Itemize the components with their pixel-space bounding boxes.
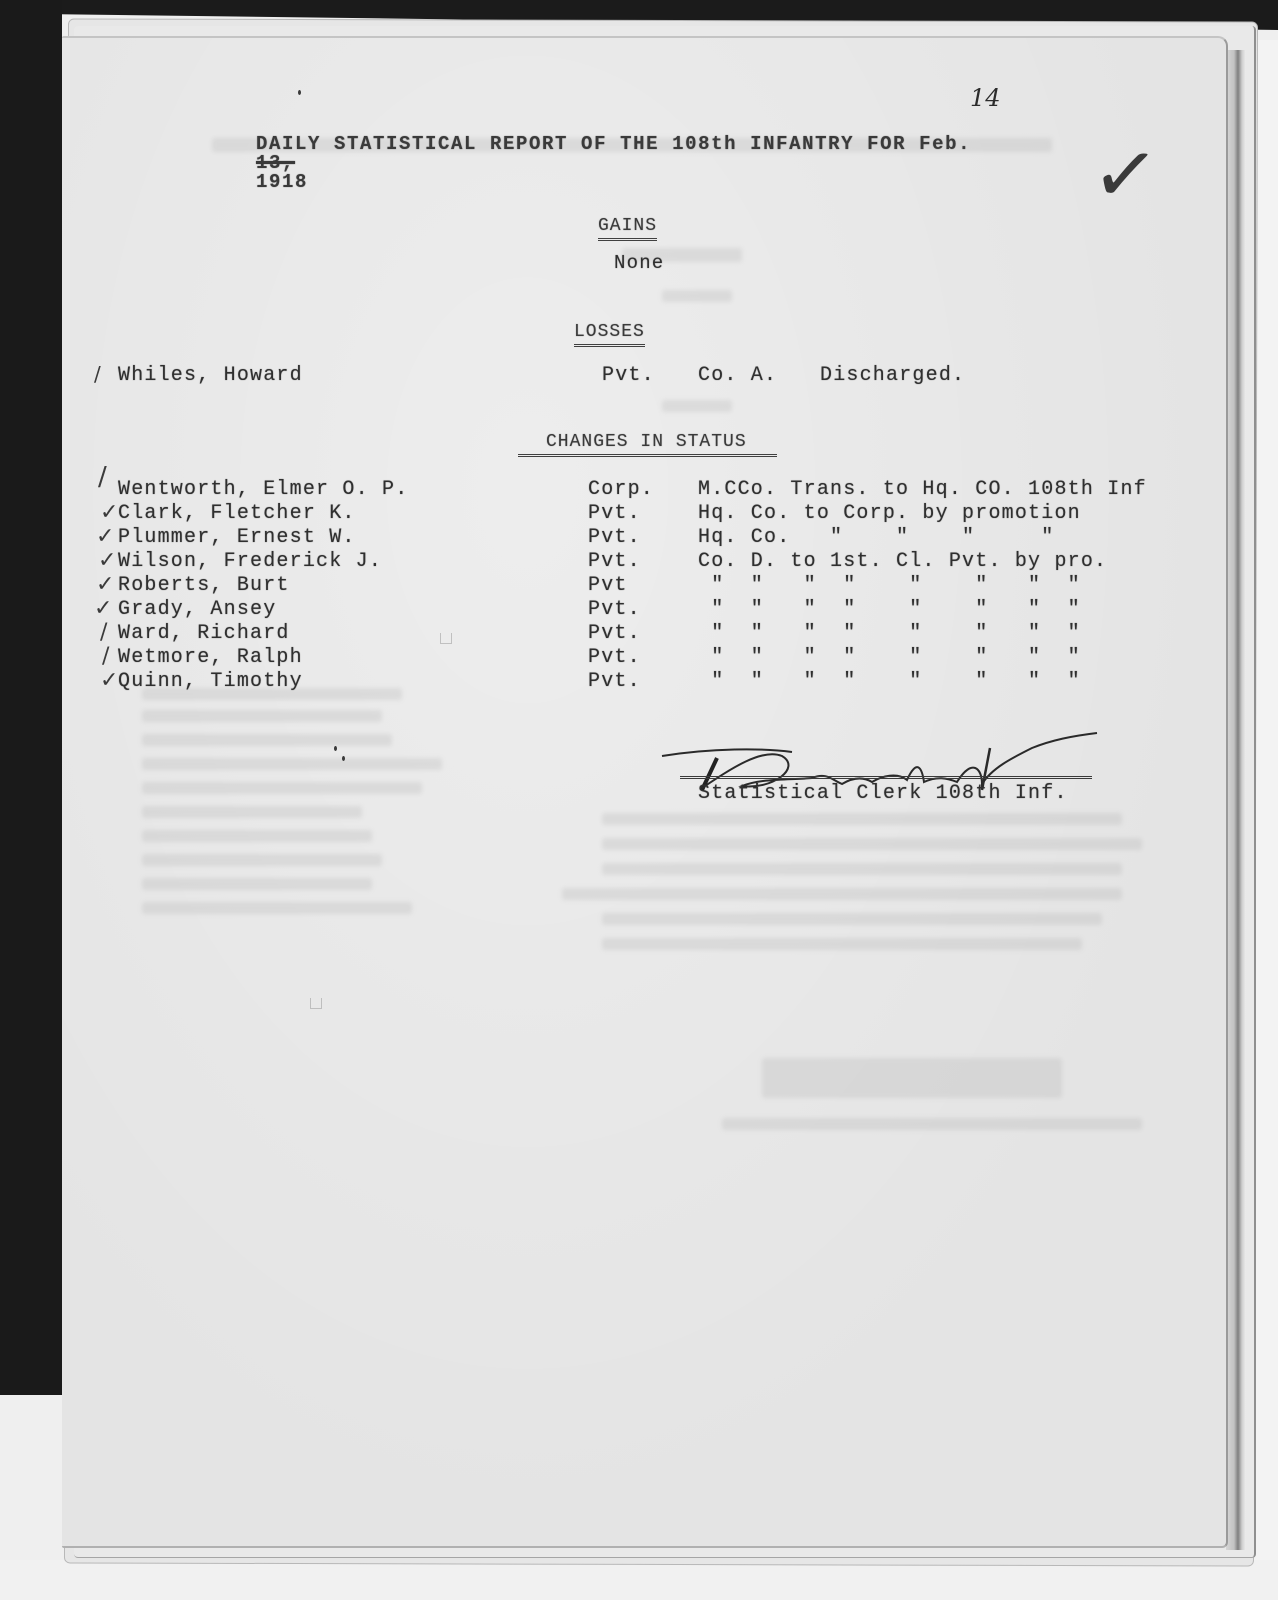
ink-speck bbox=[342, 756, 345, 761]
bleed-through-text bbox=[602, 863, 1122, 875]
bleed-through-text bbox=[142, 878, 372, 890]
status-name: Quinn, Timothy bbox=[118, 672, 303, 692]
bleed-through-text bbox=[142, 902, 412, 914]
status-name: Wentworth, Elmer O. P. bbox=[118, 480, 408, 500]
bleed-through-text bbox=[142, 758, 442, 770]
status-rank: Pvt. bbox=[588, 672, 641, 692]
status-rank: Pvt. bbox=[588, 648, 641, 668]
check-mark-icon: / bbox=[100, 620, 107, 645]
document-page: DAILY STATISTICAL REPORT OF THE 108th IN… bbox=[62, 36, 1228, 1548]
status-detail: " " " " " " " " bbox=[698, 576, 1081, 596]
title-year: 1918 bbox=[256, 171, 308, 193]
signature-title: Statistical Clerk 108th Inf. bbox=[698, 784, 1068, 804]
ink-speck bbox=[334, 746, 337, 751]
report-title: DAILY STATISTICAL REPORT OF THE 108th IN… bbox=[204, 116, 971, 211]
bleed-through-text bbox=[602, 838, 1142, 850]
scanner-background-left bbox=[0, 0, 62, 1395]
status-entry: ✓ Quinn, Timothy Pvt. " " " " " " " " bbox=[62, 672, 1226, 696]
status-rank: Pvt. bbox=[588, 504, 641, 524]
check-mark-icon: / bbox=[98, 462, 107, 492]
stacked-page-edge bbox=[1226, 50, 1246, 1550]
status-detail: Hq. Co. to Corp. by promotion bbox=[698, 504, 1081, 524]
bleed-through-text bbox=[142, 782, 422, 794]
loss-action: Discharged. bbox=[820, 366, 965, 386]
status-detail: " " " " " " " " bbox=[698, 672, 1081, 692]
handwritten-date-correction: 14 bbox=[970, 84, 1001, 112]
status-entry: ✓ Grady, Ansey Pvt. " " " " " " " " bbox=[62, 600, 1226, 624]
status-detail: M.CCo. Trans. to Hq. CO. 108th Inf bbox=[698, 480, 1147, 500]
status-rank: Corp. bbox=[588, 480, 654, 500]
status-entry: ✓ Plummer, Ernest W. Pvt. Hq. Co. " " " … bbox=[62, 528, 1226, 552]
bleed-through-signature bbox=[762, 1058, 1062, 1098]
status-entry: ✓ Wilson, Frederick J. Pvt. Co. D. to 1s… bbox=[62, 552, 1226, 576]
status-rank: Pvt. bbox=[588, 552, 641, 572]
status-entry: ✓ Roberts, Burt Pvt " " " " " " " " bbox=[62, 576, 1226, 600]
changes-in-status-heading: CHANGES IN STATUS bbox=[518, 432, 777, 457]
status-entry: / Ward, Richard Pvt. " " " " " " " " bbox=[62, 624, 1226, 648]
status-name: Plummer, Ernest W. bbox=[118, 528, 356, 548]
bleed-through-text bbox=[722, 1118, 1142, 1130]
check-mark-icon: ✓ bbox=[100, 500, 118, 525]
status-name: Clark, Fletcher K. bbox=[118, 504, 356, 524]
status-name: Wetmore, Ralph bbox=[118, 648, 303, 668]
check-mark-icon: ✓ bbox=[94, 596, 112, 621]
status-detail: Hq. Co. " " " " bbox=[698, 528, 1054, 548]
status-entry: / Wetmore, Ralph Pvt. " " " " " " " " bbox=[62, 648, 1226, 672]
status-rank: Pvt. bbox=[588, 528, 641, 548]
status-rank: Pvt. bbox=[588, 624, 641, 644]
bleed-through-text bbox=[142, 830, 372, 842]
status-name: Grady, Ansey bbox=[118, 600, 276, 620]
gains-content: None bbox=[614, 254, 664, 273]
bleed-through-text bbox=[142, 854, 382, 866]
status-name: Wilson, Frederick J. bbox=[118, 552, 382, 572]
bleed-through-text bbox=[142, 734, 392, 746]
faint-mark bbox=[310, 998, 322, 1009]
check-mark-icon: ✓ bbox=[100, 668, 118, 693]
status-detail: " " " " " " " " bbox=[698, 648, 1081, 668]
status-entry: ✓ Clark, Fletcher K. Pvt. Hq. Co. to Cor… bbox=[62, 504, 1226, 528]
status-name: Roberts, Burt bbox=[118, 576, 290, 596]
loss-company: Co. A. bbox=[698, 366, 777, 386]
bleed-through-text bbox=[602, 938, 1082, 950]
check-mark-icon: / bbox=[94, 362, 101, 386]
bleed-through-text bbox=[602, 913, 1102, 925]
status-detail: " " " " " " " " bbox=[698, 600, 1081, 620]
check-mark-icon: ✓ bbox=[96, 524, 114, 549]
loss-entry: / Whiles, Howard Pvt. Co. A. Discharged. bbox=[62, 366, 1226, 390]
status-detail: " " " " " " " " bbox=[698, 624, 1081, 644]
bleed-through-text bbox=[562, 888, 1122, 900]
loss-rank: Pvt. bbox=[602, 366, 655, 386]
title-prefix: DAILY STATISTICAL REPORT OF THE 108th IN… bbox=[256, 133, 971, 155]
check-mark-icon: ✓ bbox=[98, 548, 116, 573]
check-mark-icon: ✓ bbox=[1087, 125, 1163, 224]
status-entry: / Wentworth, Elmer O. P. Corp. M.CCo. Tr… bbox=[62, 480, 1226, 504]
signature-line bbox=[680, 776, 1092, 779]
loss-name: Whiles, Howard bbox=[118, 366, 303, 386]
status-detail: Co. D. to 1st. Cl. Pvt. by pro. bbox=[698, 552, 1107, 572]
bleed-through-text bbox=[142, 710, 382, 722]
bleed-through-text bbox=[662, 290, 732, 302]
status-rank: Pvt. bbox=[588, 600, 641, 620]
check-mark-icon: ✓ bbox=[96, 572, 114, 597]
bleed-through-text bbox=[142, 806, 362, 818]
check-mark-icon: / bbox=[102, 644, 109, 669]
status-name: Ward, Richard bbox=[118, 624, 290, 644]
bleed-through-text bbox=[662, 400, 732, 412]
losses-heading: LOSSES bbox=[574, 322, 645, 347]
status-rank: Pvt bbox=[588, 576, 628, 596]
gains-heading: GAINS bbox=[598, 216, 657, 241]
bleed-through-text bbox=[602, 813, 1122, 825]
ink-speck bbox=[298, 90, 301, 95]
